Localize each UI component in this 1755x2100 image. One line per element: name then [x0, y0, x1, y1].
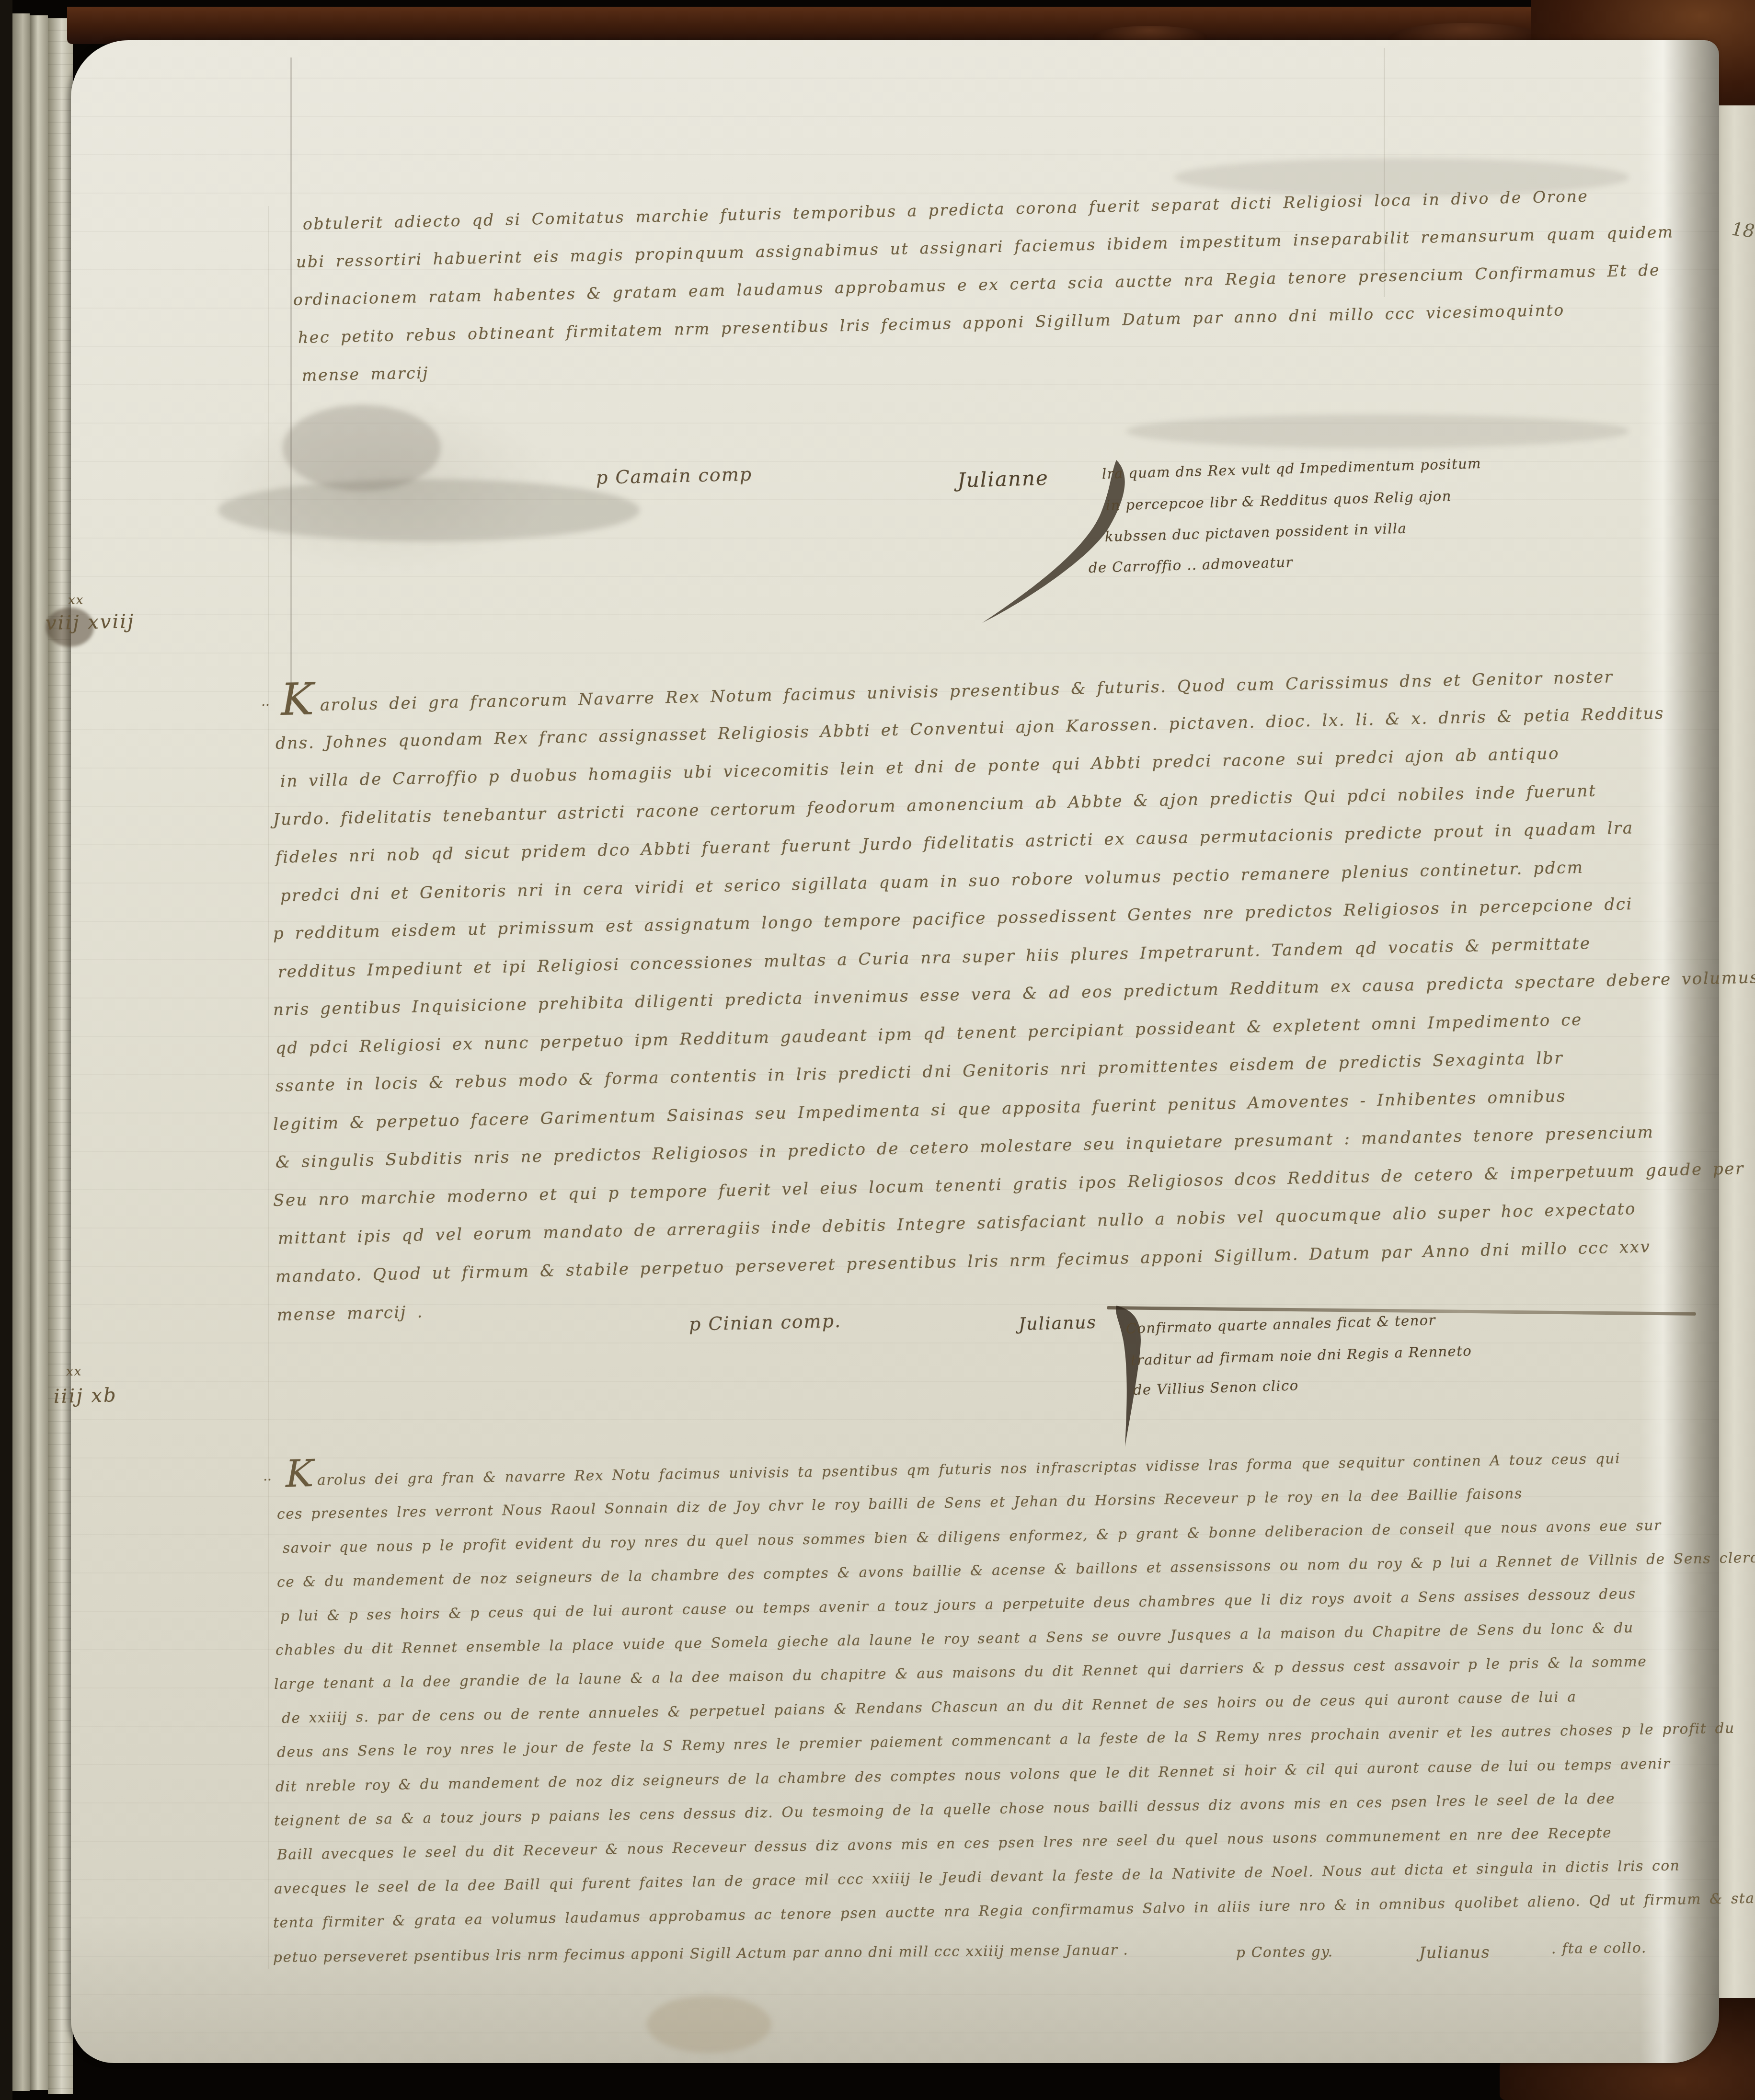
- bleedthrough-smudge: [218, 479, 640, 541]
- parchment-crease: [1384, 48, 1385, 297]
- gutter-shadow: [0, 0, 12, 2100]
- margin-ruling-line: [268, 206, 269, 1969]
- collation-note: . fta e collo.: [1551, 1939, 1647, 1957]
- paragraph-mark: ..: [263, 1468, 272, 1484]
- charter-line: mense marcij .: [277, 1302, 424, 1325]
- initial-letter: K: [285, 1459, 314, 1490]
- manuscript-photo: 18 obtulerit adiecto qd si Comitatus mar…: [0, 0, 1755, 2100]
- initial-letter: K: [280, 682, 314, 718]
- margin-note-superscript: xx: [66, 1364, 82, 1379]
- margin-note: iiij xb: [54, 1384, 118, 1408]
- per-clause: p Contes gy.: [1236, 1943, 1333, 1961]
- page-edge-fragment: 18: [1731, 218, 1755, 242]
- page-edge-stack: [30, 15, 48, 2090]
- margin-note: viij xviij: [46, 610, 135, 634]
- page-edge-stack: [48, 18, 73, 2094]
- pen-flourish: [973, 455, 1174, 637]
- charter-line: mense marcij: [302, 363, 429, 385]
- subscription-note: p Cinian comp.: [689, 1310, 842, 1335]
- bleedthrough-smudge: [283, 405, 441, 491]
- registrar-name: Julianus: [1018, 1313, 1097, 1334]
- parchment-crease: [290, 57, 292, 704]
- registrar-name: Julianus: [1419, 1943, 1491, 1962]
- margin-note-superscript: xx: [68, 593, 84, 608]
- page-edge-stack: [12, 13, 30, 2091]
- bleedthrough-smudge: [1126, 414, 1629, 448]
- paragraph-mark: ..: [261, 693, 270, 709]
- stain: [647, 1996, 771, 2053]
- subscription-note: p Camain comp: [596, 464, 753, 488]
